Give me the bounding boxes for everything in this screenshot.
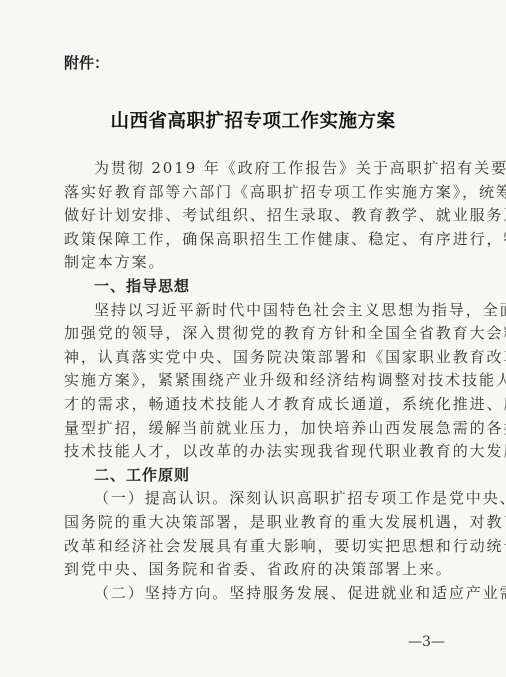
paragraph-line: 制定本方案。 — [64, 251, 444, 275]
paragraph-line: 到党中央、国务院和省委、省政府的决策部署上来。 — [64, 558, 444, 582]
paragraph-line: 才的需求，畅通技术技能人才教育成长通道，系统化推进、质 — [64, 393, 444, 417]
paragraph-line: 国务院的重大决策部署，是职业教育的重大发展机遇，对教育 — [64, 511, 444, 535]
paragraph-line: 技术技能人才，以改革的办法实现我省现代职业教育的大发展。 — [64, 440, 444, 464]
paragraph-line: 落实好教育部等六部门《高职扩招专项工作实施方案》，统筹 — [64, 181, 444, 205]
section-heading: 一、指导思想 — [64, 275, 444, 299]
paragraph-line: （二）坚持方向。坚持服务发展、促进就业和适应产业需 — [64, 582, 444, 606]
paragraph-line: 神，认真落实党中央、国务院决策部署和《国家职业教育改革 — [64, 346, 444, 370]
document-body: 为贯彻 2019 年《政府工作报告》关于高职扩招有关要求，落实好教育部等六部门《… — [64, 157, 444, 605]
section-heading: 二、工作原则 — [64, 464, 444, 488]
paragraph-line: 量型扩招，缓解当前就业压力，加快培养山西发展急需的各类 — [64, 417, 444, 441]
paragraph-line: 加强党的领导，深入贯彻党的教育方针和全国全省教育大会精 — [64, 322, 444, 346]
paragraph-line: 做好计划安排、考试组织、招生录取、教育教学、就业服务及 — [64, 204, 444, 228]
paragraph-line: （一）提高认识。深刻认识高职扩招专项工作是党中央、 — [64, 487, 444, 511]
paragraph-line: 实施方案》，紧紧围绕产业升级和经济结构调整对技术技能人 — [64, 369, 444, 393]
paragraph-line: 坚持以习近平新时代中国特色社会主义思想为指导，全面 — [64, 299, 444, 323]
page-number: —3— — [408, 634, 445, 650]
paragraph-line: 为贯彻 2019 年《政府工作报告》关于高职扩招有关要求， — [64, 157, 444, 181]
paragraph-line: 改革和经济社会发展具有重大影响，要切实把思想和行动统一 — [64, 535, 444, 559]
document-page: 附件： 山西省高职扩招专项工作实施方案 为贯彻 2019 年《政府工作报告》关于… — [0, 0, 506, 677]
attachment-label: 附件： — [64, 52, 109, 73]
document-title: 山西省高职扩招专项工作实施方案 — [0, 107, 506, 133]
paragraph-line: 政策保障工作，确保高职招生工作健康、稳定、有序进行，特 — [64, 228, 444, 252]
